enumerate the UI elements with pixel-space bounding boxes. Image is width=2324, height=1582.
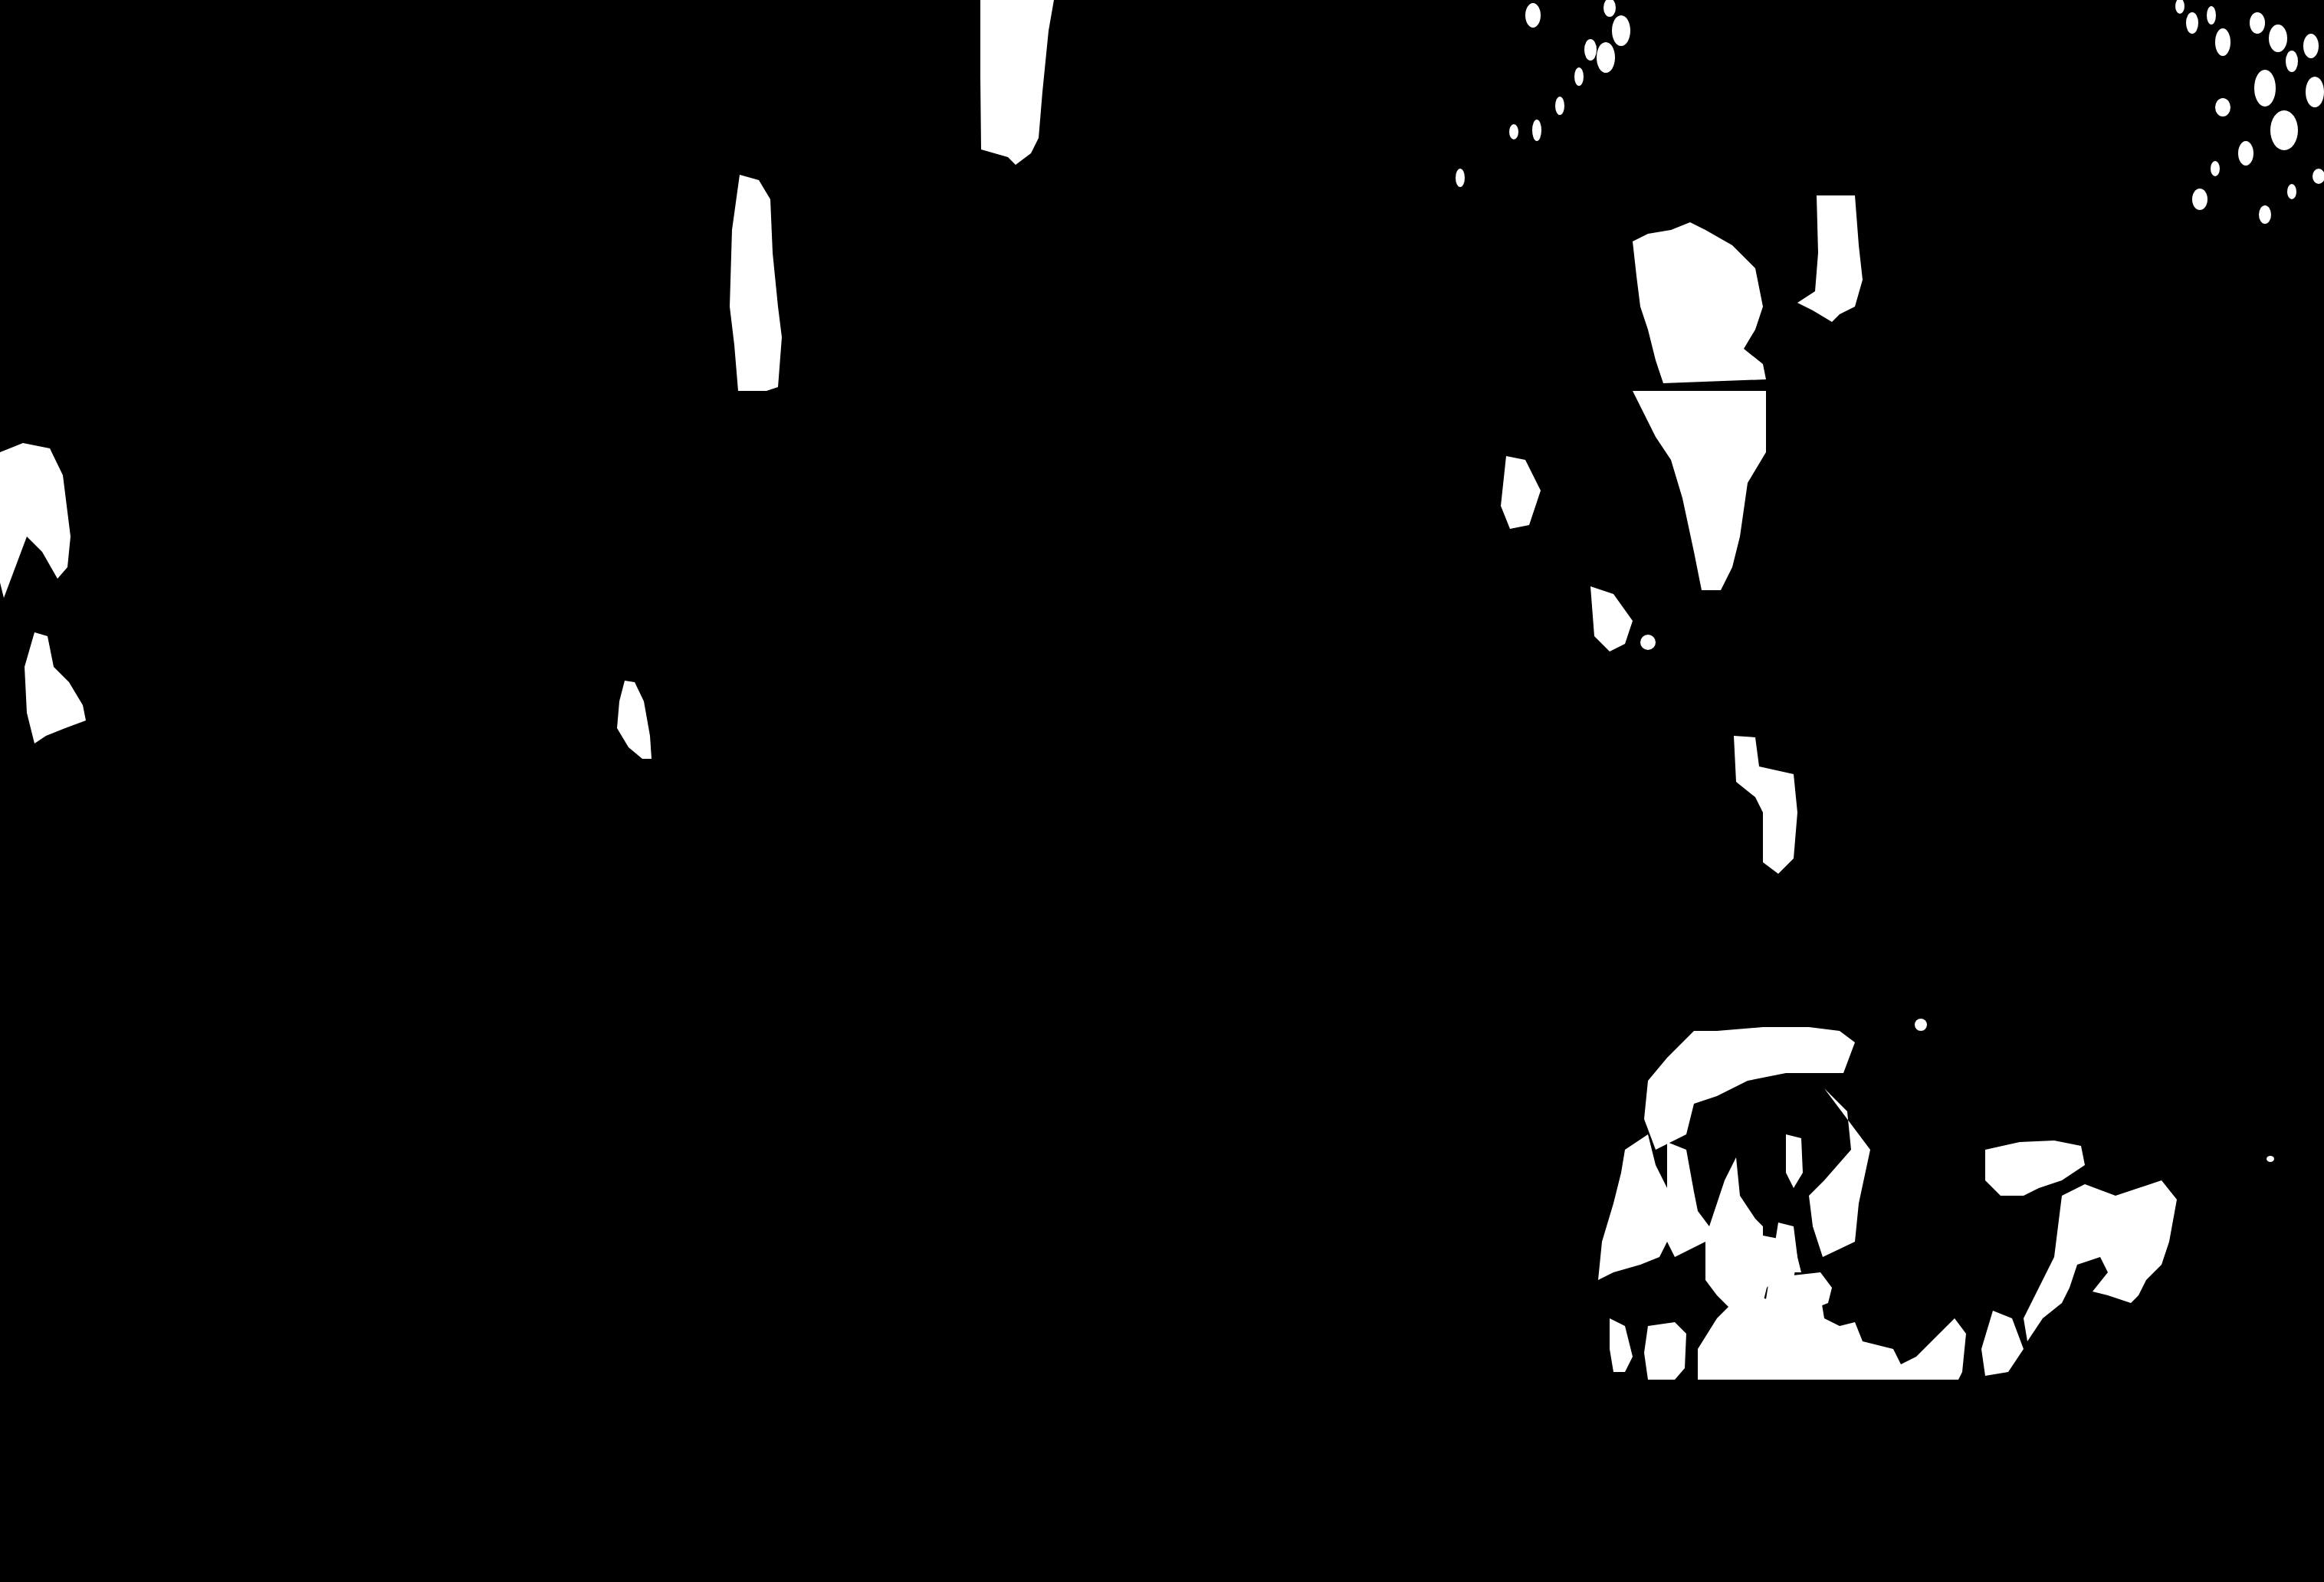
mask-blob (1640, 635, 1656, 650)
segmentation-mask (0, 0, 2324, 1582)
mask-blob (2267, 1156, 2274, 1162)
mask-blob (1644, 1322, 1686, 1380)
mask-blob (1915, 1019, 1927, 1031)
